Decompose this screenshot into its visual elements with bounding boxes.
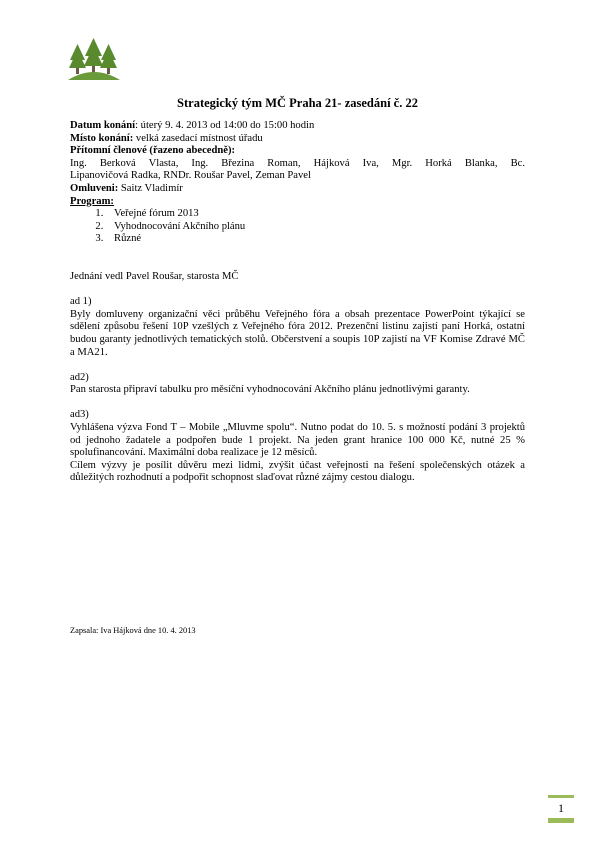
- chair-statement: Jednání vedl Pavel Roušar, starosta MČ: [70, 271, 525, 284]
- meeting-place: Místo konání: velká zasedací místnost úř…: [70, 133, 525, 146]
- section-text: Cílem výzvy je posílit důvěru mezi lidmi…: [70, 460, 525, 485]
- program-item: Různé: [106, 233, 525, 246]
- section-text: Byly domluveny organizační věci průběhu …: [70, 309, 525, 359]
- recorded-by: Zapsala: Iva Hájková dne 10. 4. 2013: [70, 626, 196, 635]
- meeting-date: Datum konání: úterý 9. 4. 2013 od 14:00 …: [70, 120, 525, 133]
- present-members-list-cont: Lipanovičová Radka, RNDr. Roušar Pavel, …: [70, 170, 525, 183]
- program-item: Veřejné fórum 2013: [106, 208, 525, 221]
- trees-logo-icon: [68, 38, 120, 80]
- excused-members: Omluveni: Saitz Vladimír: [70, 183, 525, 196]
- section-text: Vyhlášena výzva Fond T – Mobile „Mluvme …: [70, 422, 525, 460]
- present-members-label: Přítomní členové (řazeno abecedně):: [70, 145, 525, 158]
- page-number-rule: [548, 795, 574, 798]
- section-heading: ad2): [70, 372, 525, 385]
- program-item: Vyhodnocování Akčního plánu: [106, 221, 525, 234]
- program-label: Program:: [70, 196, 525, 209]
- present-members-list: Ing. Berková Vlasta, Ing. Březina Roman,…: [70, 158, 525, 171]
- program-list: Veřejné fórum 2013 Vyhodnocování Akčního…: [70, 208, 525, 246]
- section-heading: ad 1): [70, 296, 525, 309]
- page-number-bar: [548, 818, 574, 823]
- section-heading: ad3): [70, 409, 525, 422]
- document-title: Strategický tým MČ Praha 21- zasedání č.…: [0, 96, 595, 111]
- page-number: 1: [548, 795, 574, 823]
- section-text: Pan starosta připraví tabulku pro měsíčn…: [70, 384, 525, 397]
- document-body: Datum konání: úterý 9. 4. 2013 od 14:00 …: [70, 120, 525, 485]
